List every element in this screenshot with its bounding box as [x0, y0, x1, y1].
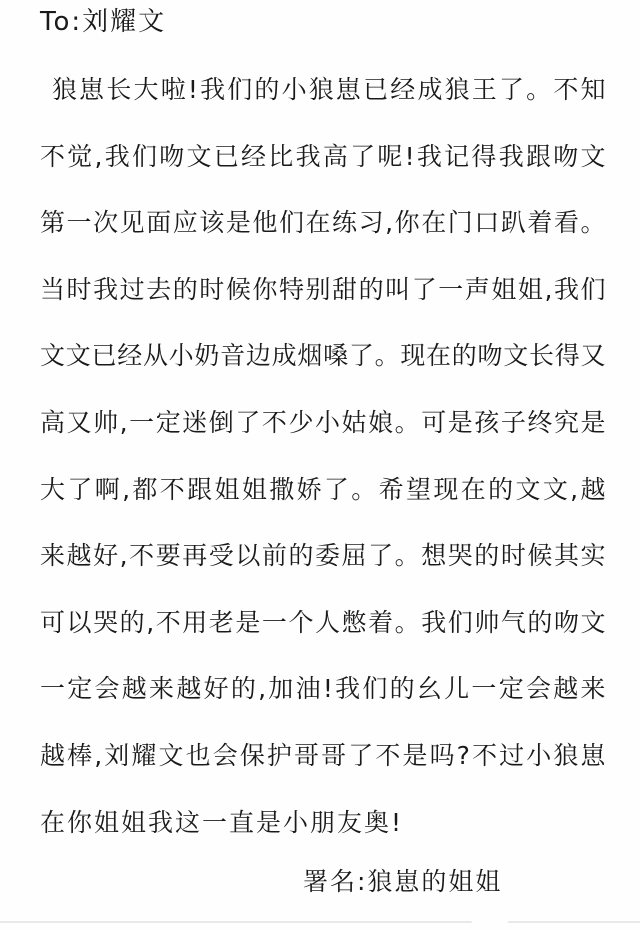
letter-line: 高又帅,一定迷倒了不少小姑娘。可是孩子终究是 — [40, 390, 606, 457]
letter-line: 不觉,我们吻文已经比我高了呢!我记得我跟吻文 — [40, 124, 606, 191]
letter-recipient-line: To:刘耀文 — [40, 4, 166, 40]
letter-body: 狼崽长大啦!我们的小狼崽已经成狼王了。不知 不觉,我们吻文已经比我高了呢!我记得… — [40, 57, 606, 856]
letter-line: 来越好,不要再受以前的委屈了。想哭的时候其实 — [40, 523, 606, 590]
letter-line: 狼崽长大啦!我们的小狼崽已经成狼王了。不知 — [40, 57, 606, 124]
letter-line: 越棒,刘耀文也会保护哥哥了不是吗?不过小狼崽 — [40, 723, 606, 790]
letter-line: 在你姐姐我这一直是小朋友奥! — [40, 790, 606, 857]
letter-line: 可以哭的,不用老是一个人憋着。我们帅气的吻文 — [40, 590, 606, 657]
letter-signature: 署名:狼崽的姐姐 — [303, 862, 502, 902]
bottom-divider — [0, 921, 640, 923]
letter-line: 当时我过去的时候你特别甜的叫了一声姐姐,我们 — [40, 257, 606, 324]
letter-line: 一定会越来越好的,加油!我们的幺儿一定会越来 — [40, 656, 606, 723]
letter-page: To:刘耀文 狼崽长大啦!我们的小狼崽已经成狼王了。不知 不觉,我们吻文已经比我… — [0, 0, 640, 930]
letter-line: 文文已经从小奶音边成烟嗓了。现在的吻文长得又 — [40, 323, 606, 390]
letter-line: 第一次见面应该是他们在练习,你在门口趴着看。 — [40, 190, 606, 257]
letter-line: 大了啊,都不跟姐姐撒娇了。希望现在的文文,越 — [40, 457, 606, 524]
bottom-divider-notch — [471, 913, 509, 927]
